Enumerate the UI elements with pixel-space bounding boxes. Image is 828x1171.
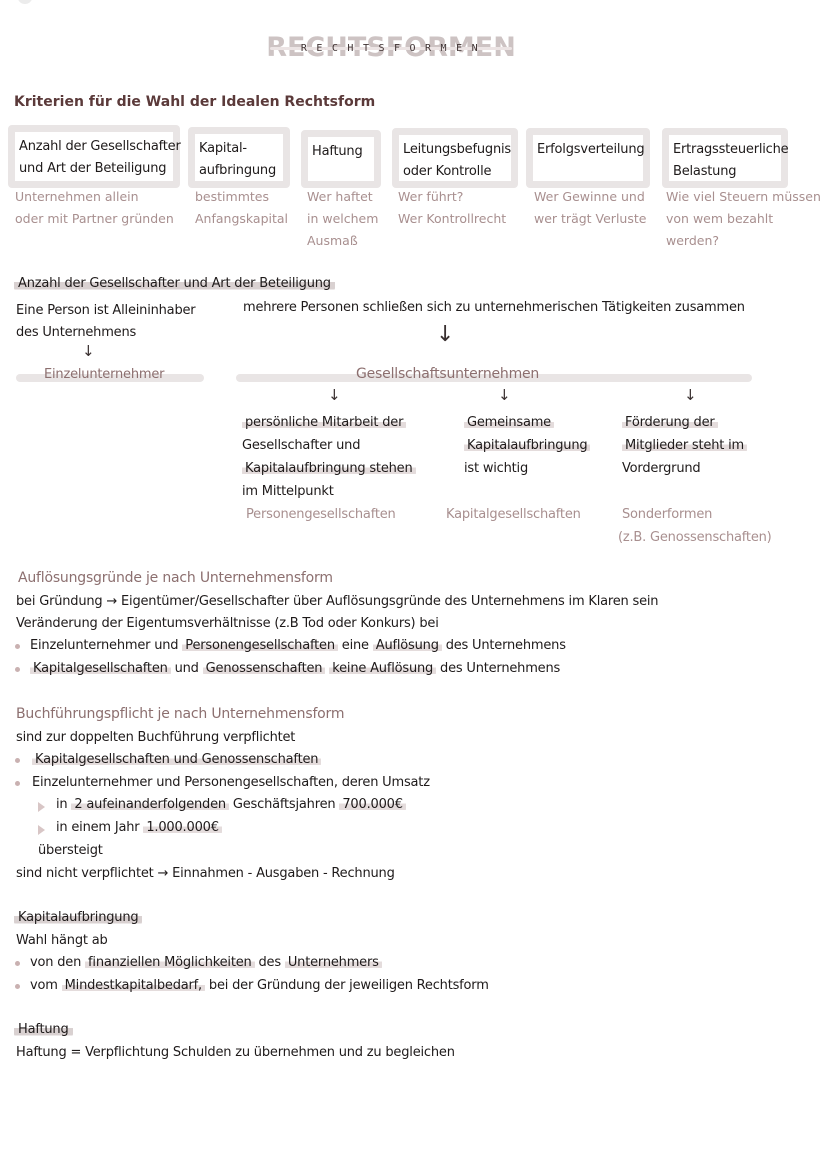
anzahl-heading: Anzahl der Gesellschafter und Art der Be… — [14, 276, 335, 291]
criterion-label: Ertragssteuerliche — [673, 139, 777, 161]
criterion-desc-erfolg: Wer Gewinne und wer trägt Verluste — [534, 186, 646, 230]
aufloesung-heading: Auflösungsgründe je nach Unternehmensfor… — [18, 570, 333, 586]
buchfuehrung-bullet-2: Einzelunternehmer und Personengesellscha… — [32, 775, 430, 790]
criterion-label: und Art der Beteiligung — [19, 158, 169, 180]
bullet-icon — [15, 781, 20, 786]
bullet-icon — [15, 961, 20, 966]
arrow-down-icon: ↓ — [498, 386, 511, 404]
arrow-down-icon: ↓ — [436, 322, 454, 347]
kapital-bullet-2: vom Mindestkapitalbedarf, bei der Gründu… — [30, 978, 489, 993]
gesellschaft-label: Gesellschaftsunternehmen — [356, 366, 539, 382]
buchfuehrung-sub-2: in einem Jahr 1.000.000€ — [56, 820, 222, 835]
arrow-down-icon: ↓ — [328, 386, 341, 404]
branch-kapital: Gemeinsame Kapitalaufbringung ist wichti… — [464, 411, 590, 526]
criterion-desc-haftung: Wer haftet in welchem Ausmaß — [307, 186, 378, 252]
branch-sonder: Förderung der Mitglieder steht im Vorder… — [622, 411, 772, 549]
kapital-intro: Wahl hängt ab — [16, 933, 108, 948]
bullet-icon — [15, 644, 20, 649]
bullet-icon — [15, 758, 20, 763]
aufloesung-bullet-2: Kapitalgesellschaften und Genossenschaft… — [30, 661, 560, 676]
criterion-box-erfolg: Erfolgsverteilung — [526, 128, 650, 188]
criterion-desc-anzahl: Unternehmen allein oder mit Partner grün… — [15, 186, 174, 230]
criterion-label: Leitungsbefugnis — [403, 139, 507, 161]
aufloesung-line2: Veränderung der Eigentumsverhältnisse (z… — [16, 616, 439, 631]
criterion-box-haftung: Haftung — [301, 130, 381, 188]
arrow-down-icon: ↓ — [684, 386, 697, 404]
branch-result: (z.B. Genossenschaften) — [618, 526, 772, 549]
buchfuehrung-outro: sind nicht verpflichtet → Einnahmen - Au… — [16, 866, 395, 881]
branch-result: Personengesellschaften — [242, 503, 416, 526]
page-title: RECHTSFORMEN RECHTSFORMEN — [260, 32, 522, 64]
criterion-box-anzahl: Anzahl der Gesellschafter und Art der Be… — [8, 125, 180, 188]
anzahl-left-text: Eine Person ist Alleininhaber des Untern… — [16, 300, 195, 344]
triangle-bullet-icon — [38, 825, 45, 835]
haftung-definition: Haftung = Verpflichtung Schulden zu über… — [16, 1045, 455, 1060]
anzahl-right-text: mehrere Personen schließen sich zu unter… — [243, 300, 745, 315]
corner-mark — [18, 0, 32, 4]
criterion-box-kapital: Kapital- aufbringung — [188, 127, 290, 188]
criterion-desc-ertrag: Wie viel Steuern müssen von wem bezahlt … — [666, 186, 821, 252]
criterion-label: oder Kontrolle — [403, 161, 507, 183]
kapital-bullet-1: von den finanziellen Möglichkeiten des U… — [30, 955, 382, 970]
criterion-label: Erfolgsverteilung — [537, 139, 639, 161]
bullet-icon — [15, 667, 20, 672]
buchfuehrung-exceeds: übersteigt — [38, 843, 103, 858]
criterion-label: Belastung — [673, 161, 777, 183]
criterion-label: Kapital- — [199, 138, 279, 160]
arrow-down-icon: ↓ — [82, 342, 95, 360]
branch-personen: persönliche Mitarbeit der Gesellschafter… — [242, 411, 416, 526]
buchfuehrung-heading: Buchführungspflicht je nach Unternehmens… — [16, 706, 344, 722]
buchfuehrung-intro: sind zur doppelten Buchführung verpflich… — [16, 730, 295, 745]
criterion-box-ertrag: Ertragssteuerliche Belastung — [662, 128, 788, 188]
buchfuehrung-bullet-1: Kapitalgesellschaften und Genossenschaft… — [32, 752, 321, 767]
criterion-desc-kapital: bestimmtes Anfangskapital — [195, 186, 288, 230]
kapital-heading: Kapitalaufbringung — [14, 910, 142, 925]
criterion-label: Haftung — [312, 141, 370, 163]
aufloesung-bullet-1: Einzelunternehmer und Personengesellscha… — [30, 638, 566, 653]
criterion-desc-leitung: Wer führt? Wer Kontrollrecht — [398, 186, 506, 230]
haftung-heading: Haftung — [14, 1022, 73, 1037]
criterion-label: aufbringung — [199, 160, 279, 182]
page-title-text: RECHTSFORMEN — [260, 32, 522, 64]
einzel-label: Einzelunternehmer — [44, 367, 164, 382]
criterion-label: Anzahl der Gesellschafter — [19, 136, 169, 158]
branch-result: Sonderformen — [622, 503, 772, 526]
criteria-heading: Kriterien für die Wahl der Idealen Recht… — [14, 94, 375, 110]
branch-result: Kapitalgesellschaften — [446, 503, 590, 526]
aufloesung-line1: bei Gründung → Eigentümer/Gesellschafter… — [16, 594, 658, 609]
buchfuehrung-sub-1: in 2 aufeinanderfolgenden Geschäftsjahre… — [56, 797, 406, 812]
triangle-bullet-icon — [38, 802, 45, 812]
criterion-box-leitung: Leitungsbefugnis oder Kontrolle — [392, 128, 518, 188]
bullet-icon — [15, 984, 20, 989]
